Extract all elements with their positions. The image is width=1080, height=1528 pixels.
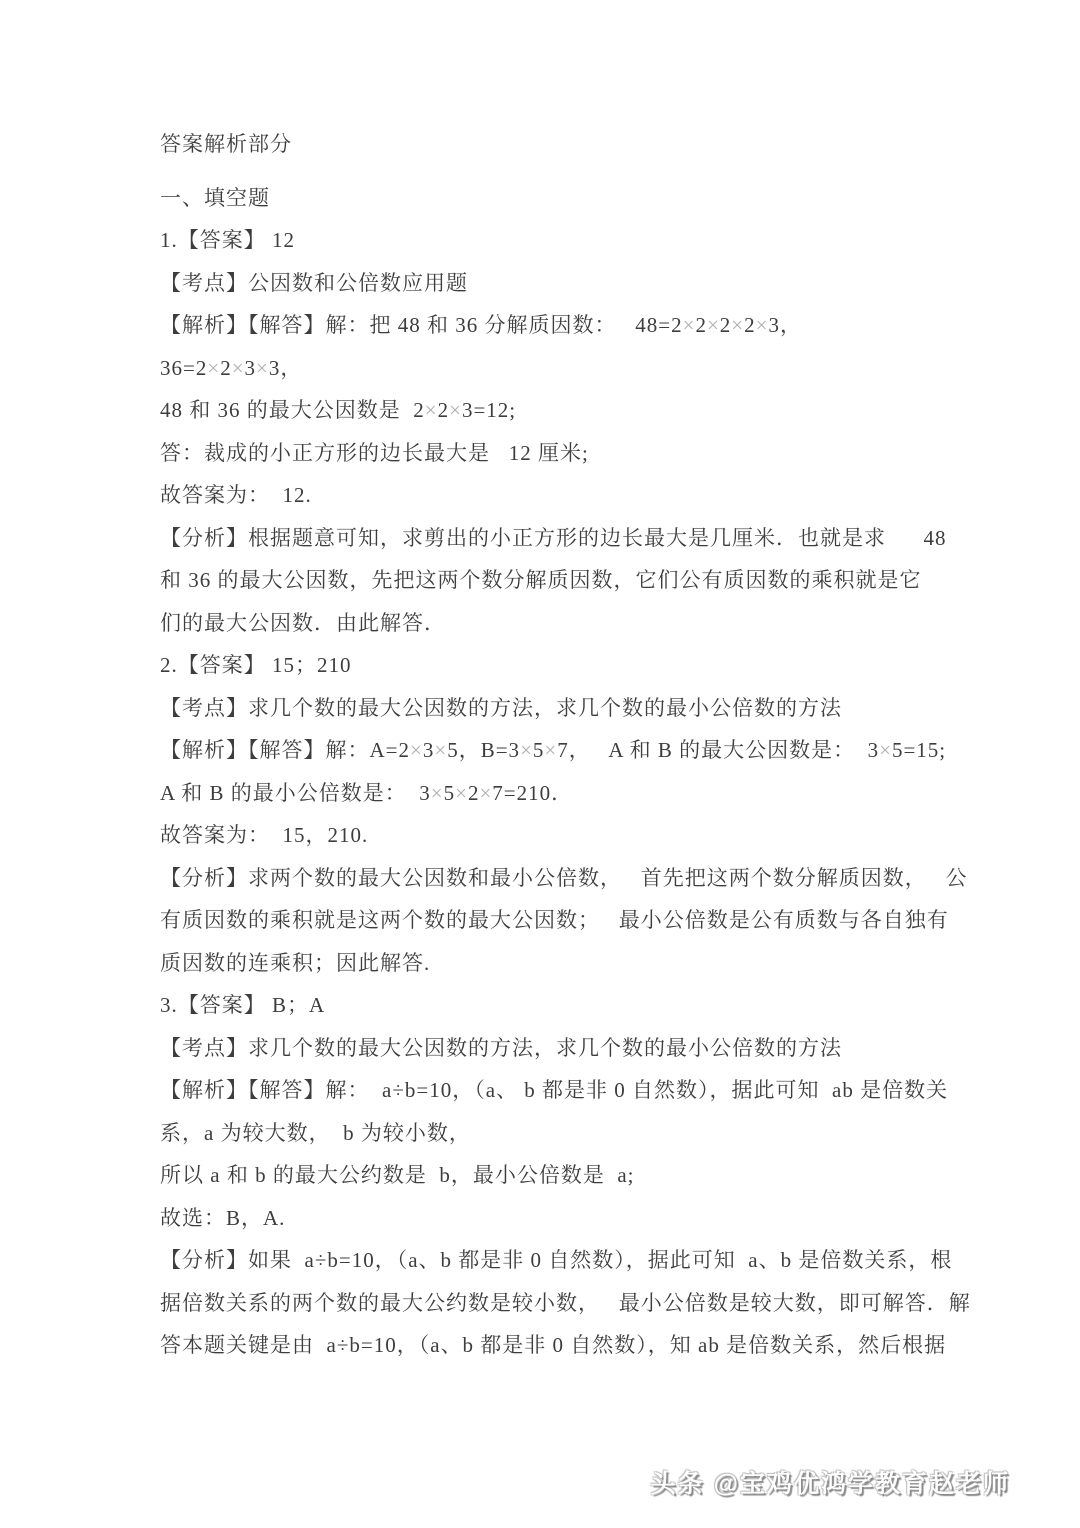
- document-line: 故选：B，A.: [160, 1197, 928, 1240]
- multiplication-sign: ×: [879, 738, 892, 762]
- document-line: 36=2×2×3×3，: [160, 347, 928, 390]
- question-1-topic: 【考点】公因数和公倍数应用题: [160, 262, 928, 305]
- document-line: 【解析】【解答】解：A=2×3×5，B=3×5×7， A 和 B 的最大公因数是…: [160, 729, 928, 772]
- document-line: 质因数的连乘积；因此解答.: [160, 942, 928, 985]
- multiplication-sign: ×: [479, 781, 492, 805]
- multiplication-sign: ×: [431, 781, 444, 805]
- document-line: 所以 a 和 b 的最大公约数是 b，最小公倍数是 a;: [160, 1154, 928, 1197]
- multiplication-sign: ×: [683, 313, 696, 337]
- question-2-analysis: 【分析】求两个数的最大公因数和最小公倍数， 首先把这两个数分解质因数， 公: [160, 857, 928, 900]
- document-line: 和 36 的最大公因数，先把这两个数分解质因数，它们公有质因数的乘积就是它: [160, 559, 928, 602]
- question-1-block: 1.【答案】 12 【考点】公因数和公倍数应用题 【解析】【解答】解：把 48 …: [160, 219, 928, 644]
- question-2-topic: 【考点】求几个数的最大公因数的方法，求几个数的最小公倍数的方法: [160, 687, 928, 730]
- document-line: 48 和 36 的最大公因数是 2×2×3=12;: [160, 389, 928, 432]
- question-3-topic: 【考点】求几个数的最大公因数的方法，求几个数的最小公倍数的方法: [160, 1027, 928, 1070]
- question-3-block: 3.【答案】 B；A 【考点】求几个数的最大公因数的方法，求几个数的最小公倍数的…: [160, 984, 928, 1367]
- document-line: 【解析】【解答】解： a÷b=10，（a、 b 都是非 0 自然数），据此可知 …: [160, 1069, 928, 1112]
- document-line: 系，a 为较大数， b 为较小数，: [160, 1112, 928, 1155]
- multiplication-sign: ×: [756, 313, 769, 337]
- question-3-analysis: 【分析】如果 a÷b=10，（a、b 都是非 0 自然数），据此可知 a、b 是…: [160, 1239, 928, 1282]
- question-2-answer: 2.【答案】 15；210: [160, 644, 928, 687]
- document-line: 故答案为： 12.: [160, 474, 928, 517]
- question-2-block: 2.【答案】 15；210 【考点】求几个数的最大公因数的方法，求几个数的最小公…: [160, 644, 928, 984]
- question-3-answer: 3.【答案】 B；A: [160, 984, 928, 1027]
- document-line: 有质因数的乘积就是这两个数的最大公因数； 最小公倍数是公有质数与各自独有: [160, 899, 928, 942]
- multiplication-sign: ×: [256, 356, 269, 380]
- answer-sheet-page: 答案解析部分 一、填空题 1.【答案】 12 【考点】公因数和公倍数应用题 【解…: [160, 123, 928, 1367]
- document-line: 答本题关键是由 a÷b=10，（a、b 都是非 0 自然数），知 ab 是倍数关…: [160, 1324, 928, 1367]
- section-heading: 一、填空题: [160, 177, 928, 220]
- multiplication-sign: ×: [410, 738, 423, 762]
- multiplication-sign: ×: [449, 398, 462, 422]
- document-line: A 和 B 的最小公倍数是： 3×5×2×7=210．: [160, 772, 928, 815]
- toutiao-watermark: 头条 @宝鸡优鸿学教育赵老师: [651, 1464, 1010, 1500]
- multiplication-sign: ×: [232, 356, 245, 380]
- document-line: 【解析】【解答】解：把 48 和 36 分解质因数： 48=2×2×2×2×3，: [160, 304, 928, 347]
- multiplication-sign: ×: [434, 738, 447, 762]
- page-title: 答案解析部分: [160, 123, 928, 166]
- multiplication-sign: ×: [707, 313, 720, 337]
- multiplication-sign: ×: [520, 738, 533, 762]
- multiplication-sign: ×: [731, 313, 744, 337]
- multiplication-sign: ×: [455, 781, 468, 805]
- question-1-analysis: 【分析】根据题意可知，求剪出的小正方形的边长最大是几厘米．也就是求 48: [160, 517, 928, 560]
- document-line: 们的最大公因数．由此解答．: [160, 602, 928, 645]
- multiplication-sign: ×: [544, 738, 557, 762]
- document-line: 答：裁成的小正方形的边长最大是 12 厘米;: [160, 432, 928, 475]
- document-line: 据倍数关系的两个数的最大公约数是较小数， 最小公倍数是较大数，即可解答．解: [160, 1282, 928, 1325]
- question-1-answer: 1.【答案】 12: [160, 219, 928, 262]
- multiplication-sign: ×: [425, 398, 438, 422]
- multiplication-sign: ×: [207, 356, 220, 380]
- document-line: 故答案为： 15，210.: [160, 814, 928, 857]
